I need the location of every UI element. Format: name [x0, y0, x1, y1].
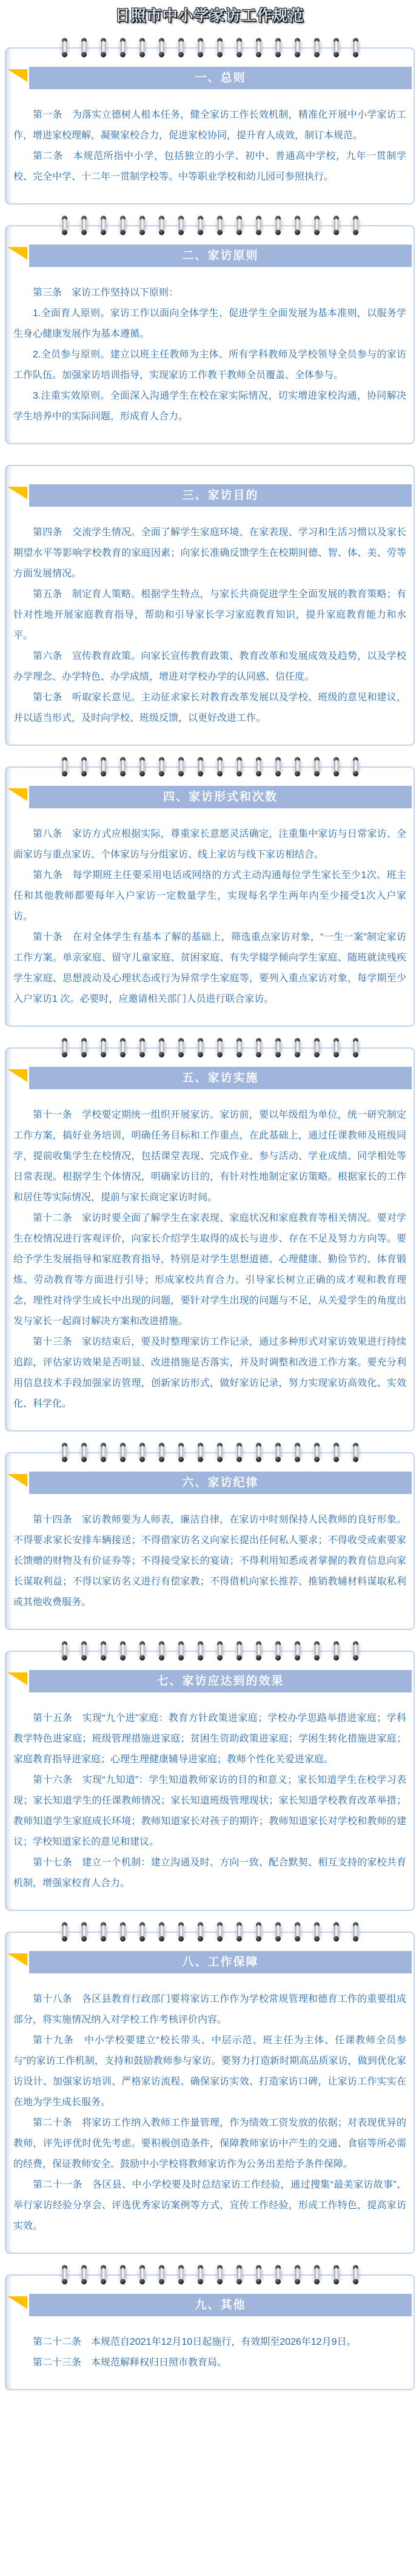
- binder-ring-icon: [236, 1039, 242, 1057]
- binder-ring-icon: [139, 217, 145, 235]
- binder-ring-icon: [120, 1642, 126, 1660]
- section-title: 九、其他: [29, 2294, 412, 2316]
- paragraph: 第十六条 实现“九知道”：学生知道教师家访的目的和意义；家长知道学生在校学习表现…: [13, 1770, 406, 1853]
- binder-ring-icon: [256, 1039, 261, 1057]
- binder-ring-icon: [62, 2266, 67, 2284]
- binder-ring-icon: [334, 217, 339, 235]
- binder-ring-icon: [101, 39, 106, 57]
- corner-triangle-icon: [7, 247, 27, 260]
- section-card-4: 四、家访形式和次数 第八条 家访方式应根据实际，尊重家长意愿灵活确定，注重集中家…: [5, 766, 415, 1027]
- binder-ring-icon: [353, 758, 358, 776]
- corner-triangle-icon: [7, 1474, 27, 1487]
- spiral-binding: [6, 1642, 414, 1660]
- binder-ring-icon: [353, 2266, 358, 2284]
- section-body: 第十四条 家访教师要为人师表，廉洁自律，在家访中时刻保持人民教师的良好形象。不得…: [6, 1494, 414, 1613]
- binder-ring-icon: [81, 1923, 87, 1941]
- paragraph: 第一条 为落实立德树人根本任务，健全家访工作长效机制，精准化开展中小学家访工作，…: [13, 105, 406, 146]
- section-title: 八、工作保障: [29, 1951, 412, 1973]
- binder-ring-icon: [139, 1642, 145, 1660]
- binder-ring-icon: [178, 1039, 184, 1057]
- binder-ring-icon: [236, 39, 242, 57]
- section-header: 六、家访纪律: [7, 1472, 412, 1494]
- binder-ring-icon: [295, 1923, 300, 1941]
- section-header: 八、工作保障: [7, 1951, 412, 1973]
- spiral-binding: [6, 1923, 414, 1941]
- spiral-binding: [6, 1444, 414, 1462]
- binder-ring-icon: [62, 39, 67, 57]
- binder-ring-icon: [159, 39, 164, 57]
- binder-ring-icon: [353, 1642, 358, 1660]
- binder-ring-icon: [81, 758, 87, 776]
- section-body: 第十一条 学校要定期统一组织开展家访。家访前，要以年级组为单位，统一研究制定工作…: [6, 1089, 414, 1415]
- binder-ring-icon: [334, 1444, 339, 1462]
- section-card-9: 九、其他 第二十二条 本规范自2021年12月10日起施行，有效期至2026年1…: [5, 2274, 415, 2390]
- section-body: 第三条 家访工作坚持以下原则：1.全面育人原则。家访工作以面向全体学生、促进学生…: [6, 267, 414, 427]
- document-title: 日照市中小学家访工作规范: [0, 4, 419, 25]
- binder-ring-icon: [178, 39, 184, 57]
- corner-triangle-icon: [7, 1953, 27, 1966]
- section-card-8: 八、工作保障 第十八条 各区县教育行政部门要将家访工作作为学校常规管理和德育工作…: [5, 1932, 415, 2254]
- binder-ring-icon: [159, 2266, 164, 2284]
- binder-ring-icon: [275, 1923, 281, 1941]
- section-card-2: 二、家访原则 第三条 家访工作坚持以下原则：1.全面育人原则。家访工作以面向全体…: [5, 225, 415, 444]
- paragraph: 第八条 家访方式应根据实际，尊重家长意愿灵活确定，注重集中家访与日常家访、全面家…: [13, 824, 406, 865]
- binder-ring-icon: [314, 1642, 320, 1660]
- binder-ring-icon: [139, 758, 145, 776]
- paragraph: 第十四条 家访教师要为人师表，廉洁自律，在家访中时刻保持人民教师的良好形象。不得…: [13, 1510, 406, 1613]
- binder-ring-icon: [217, 1923, 223, 1941]
- binder-ring-icon: [198, 39, 203, 57]
- binder-ring-icon: [256, 217, 261, 235]
- paragraph: 第十二条 家访时要全面了解学生在家表现、家庭状况和家庭教育等相关情况。要对学生在…: [13, 1208, 406, 1332]
- binder-ring-icon: [217, 1039, 223, 1057]
- binder-ring-icon: [334, 758, 339, 776]
- binder-ring-icon: [159, 1444, 164, 1462]
- binder-ring-icon: [159, 1923, 164, 1941]
- paragraph: 第十五条 实现“九个进”家庭：教育方针政策进家庭；学校办学思路举措进家庭；学科教…: [13, 1708, 406, 1770]
- binder-ring-icon: [314, 1444, 320, 1462]
- binder-ring-icon: [159, 758, 164, 776]
- section-body: 第八条 家访方式应根据实际，尊重家长意愿灵活确定，注重集中家访与日常家访、全面家…: [6, 808, 414, 1010]
- binder-ring-icon: [159, 1039, 164, 1057]
- binder-ring-icon: [314, 2266, 320, 2284]
- binder-ring-icon: [217, 1444, 223, 1462]
- binder-ring-icon: [101, 1923, 106, 1941]
- binder-ring-icon: [236, 758, 242, 776]
- binder-ring-icon: [159, 1642, 164, 1660]
- binder-ring-icon: [236, 217, 242, 235]
- binder-ring-icon: [101, 1642, 106, 1660]
- paragraph: 第十一条 学校要定期统一组织开展家访。家访前，要以年级组为单位，统一研究制定工作…: [13, 1105, 406, 1208]
- corner-triangle-icon: [7, 1672, 27, 1685]
- section-card-1: 一、总则 第一条 为落实立德树人根本任务，健全家访工作长效机制，精准化开展中小学…: [5, 47, 415, 205]
- binder-ring-icon: [198, 1642, 203, 1660]
- paragraph: 2.全员参与原则。建立以班主任教师为主体、所有学科教师及学校领导全员参与的家访工…: [13, 345, 406, 386]
- paragraph: 第十九条 中小学校要建立“校长带头、中层示范、班主任为主体、任课教师全员参与”的…: [13, 2030, 406, 2113]
- binder-ring-icon: [101, 1039, 106, 1057]
- binder-ring-icon: [178, 1923, 184, 1941]
- binder-ring-icon: [353, 39, 358, 57]
- binder-ring-icon: [62, 1642, 67, 1660]
- binder-ring-icon: [295, 1444, 300, 1462]
- binder-ring-icon: [139, 1923, 145, 1941]
- section-body: 第一条 为落实立德树人根本任务，健全家访工作长效机制，精准化开展中小学家访工作，…: [6, 89, 414, 188]
- binder-ring-icon: [217, 39, 223, 57]
- spiral-binding: [6, 758, 414, 776]
- binder-ring-icon: [198, 1923, 203, 1941]
- binder-ring-icon: [275, 1444, 281, 1462]
- binder-ring-icon: [353, 1444, 358, 1462]
- binder-ring-icon: [256, 758, 261, 776]
- spiral-binding: [6, 2266, 414, 2284]
- section-header: 五、家访实施: [7, 1067, 412, 1089]
- sections-container: 一、总则 第一条 为落实立德树人根本任务，健全家访工作长效机制，精准化开展中小学…: [0, 47, 419, 2395]
- paragraph: 第四条 交流学生情况。全面了解学生家庭环境、在家表现、学习和生活习惯以及家长期望…: [13, 522, 406, 584]
- paragraph: 1.全面育人原则。家访工作以面向全体学生、促进学生全面发展为基本准则，以服务学生…: [13, 303, 406, 345]
- binder-ring-icon: [256, 1923, 261, 1941]
- paragraph: 第十八条 各区县教育行政部门要将家访工作作为学校常规管理和德育工作的重要组成部分…: [13, 1989, 406, 2030]
- paragraph: 第十条 在对全体学生有基本了解的基础上，筛选重点家访对象，“一生一案”制定家访工…: [13, 927, 406, 1010]
- binder-ring-icon: [139, 1039, 145, 1057]
- binder-ring-icon: [101, 217, 106, 235]
- binder-ring-icon: [236, 1923, 242, 1941]
- binder-ring-icon: [217, 2266, 223, 2284]
- binder-ring-icon: [178, 2266, 184, 2284]
- binder-ring-icon: [256, 2266, 261, 2284]
- binder-ring-icon: [334, 39, 339, 57]
- section-card-7: 七、家访应达到的效果 第十五条 实现“九个进”家庭：教育方针政策进家庭；学校办学…: [5, 1651, 415, 1911]
- paragraph: 第九条 每学期班主任要采用电话或网络的方式主动沟通每位学生家长至少1次。班主任和…: [13, 865, 406, 927]
- binder-ring-icon: [62, 1923, 67, 1941]
- binder-ring-icon: [217, 758, 223, 776]
- binder-ring-icon: [236, 1642, 242, 1660]
- binder-ring-icon: [275, 1039, 281, 1057]
- paragraph: 第六条 宣传教育政策。向家长宣传教育政策、教育改革和发展成效及趋势，以及学校办学…: [13, 646, 406, 688]
- binder-ring-icon: [101, 758, 106, 776]
- binder-ring-icon: [295, 1039, 300, 1057]
- corner-triangle-icon: [7, 69, 27, 82]
- paragraph: 第三条 家访工作坚持以下原则：: [13, 283, 406, 303]
- section-body: 第四条 交流学生情况。全面了解学生家庭环境、在家表现、学习和生活习惯以及家长期望…: [6, 507, 414, 729]
- section-title: 四、家访形式和次数: [29, 786, 412, 808]
- binder-ring-icon: [275, 1642, 281, 1660]
- binder-ring-icon: [217, 1642, 223, 1660]
- binder-ring-icon: [256, 39, 261, 57]
- binder-ring-icon: [120, 1444, 126, 1462]
- binder-ring-icon: [81, 1444, 87, 1462]
- binder-ring-icon: [256, 1642, 261, 1660]
- binder-ring-icon: [198, 1039, 203, 1057]
- section-title: 五、家访实施: [29, 1067, 412, 1089]
- section-card-6: 六、家访纪律 第十四条 家访教师要为人师表，廉洁自律，在家访中时刻保持人民教师的…: [5, 1452, 415, 1630]
- binder-ring-icon: [139, 1444, 145, 1462]
- binder-ring-icon: [295, 758, 300, 776]
- binder-ring-icon: [62, 758, 67, 776]
- binder-ring-icon: [334, 2266, 339, 2284]
- paragraph: 第二十条 将家访工作纳入教师工作量管理，作为绩效工资发放的依据；对表现优异的教师…: [13, 2113, 406, 2175]
- section-title: 三、家访目的: [29, 484, 412, 507]
- corner-triangle-icon: [7, 788, 27, 801]
- paragraph: 第二十二条 本规范自2021年12月10日起施行，有效期至2026年12月9日。: [13, 2332, 406, 2353]
- binder-ring-icon: [178, 1444, 184, 1462]
- section-title: 二、家访原则: [29, 245, 412, 267]
- binder-ring-icon: [139, 2266, 145, 2284]
- section-header: 一、总则: [7, 67, 412, 89]
- binder-ring-icon: [101, 2266, 106, 2284]
- binder-ring-icon: [178, 758, 184, 776]
- spiral-binding: [6, 217, 414, 235]
- binder-ring-icon: [275, 39, 281, 57]
- binder-ring-icon: [178, 217, 184, 235]
- binder-ring-icon: [81, 2266, 87, 2284]
- binder-ring-icon: [120, 1039, 126, 1057]
- binder-ring-icon: [62, 217, 67, 235]
- binder-ring-icon: [295, 217, 300, 235]
- binder-ring-icon: [295, 2266, 300, 2284]
- paragraph: 第二十三条 本规范解释权归日照市教育局。: [13, 2353, 406, 2373]
- binder-ring-icon: [314, 758, 320, 776]
- binder-ring-icon: [334, 1039, 339, 1057]
- binder-ring-icon: [217, 217, 223, 235]
- section-title: 七、家访应达到的效果: [29, 1670, 412, 1692]
- paragraph: 第五条 制定育人策略。根据学生特点，与家长共商促进学生全面发展的教育策略；有针对…: [13, 584, 406, 646]
- binder-ring-icon: [81, 1039, 87, 1057]
- section-body: 第二十二条 本规范自2021年12月10日起施行，有效期至2026年12月9日。…: [6, 2316, 414, 2373]
- binder-ring-icon: [275, 2266, 281, 2284]
- section-header: 四、家访形式和次数: [7, 786, 412, 808]
- corner-triangle-icon: [7, 1069, 27, 1082]
- paragraph: 第七条 听取家长意见。主动征求家长对教育改革发展以及学校、班级的意见和建议，并以…: [13, 688, 406, 729]
- section-body: 第十八条 各区县教育行政部门要将家访工作作为学校常规管理和德育工作的重要组成部分…: [6, 1973, 414, 2237]
- binder-ring-icon: [81, 39, 87, 57]
- binder-ring-icon: [236, 2266, 242, 2284]
- binder-ring-icon: [101, 1444, 106, 1462]
- paragraph: 第十七条 建立一个机制：建立沟通及时、方向一致、配合默契、相互支持的家校共育机制…: [13, 1853, 406, 1894]
- spiral-binding: [6, 39, 414, 57]
- binder-ring-icon: [353, 1039, 358, 1057]
- binder-ring-icon: [120, 1923, 126, 1941]
- binder-ring-icon: [120, 758, 126, 776]
- binder-ring-icon: [295, 39, 300, 57]
- binder-ring-icon: [198, 1444, 203, 1462]
- section-card-3: 三、家访目的 第四条 交流学生情况。全面了解学生家庭环境、在家表现、学习和生活习…: [5, 465, 415, 746]
- binder-ring-icon: [314, 217, 320, 235]
- section-header: 三、家访目的: [7, 484, 412, 507]
- paragraph: 3.注重实效原则。全面深入沟通学生在校在家实际情况，切实增进家校沟通，协同解决学…: [13, 386, 406, 427]
- binder-ring-icon: [334, 1923, 339, 1941]
- binder-ring-icon: [314, 1923, 320, 1941]
- binder-ring-icon: [353, 1923, 358, 1941]
- paragraph: 第二十一条 各区县、中小学校要及时总结家访工作经验，通过搜集“最美家访故事”、举…: [13, 2175, 406, 2237]
- binder-ring-icon: [178, 1642, 184, 1660]
- section-title: 六、家访纪律: [29, 1472, 412, 1494]
- binder-ring-icon: [81, 217, 87, 235]
- paragraph: 第二条 本规范所指中小学，包括独立的小学、初中、普通高中学校，九年一贯制学校、完…: [13, 146, 406, 188]
- spiral-binding: [6, 1039, 414, 1057]
- binder-ring-icon: [139, 39, 145, 57]
- binder-ring-icon: [120, 39, 126, 57]
- binder-ring-icon: [81, 1642, 87, 1660]
- binder-ring-icon: [353, 217, 358, 235]
- binder-ring-icon: [236, 1444, 242, 1462]
- binder-ring-icon: [198, 217, 203, 235]
- section-header: 九、其他: [7, 2294, 412, 2316]
- binder-ring-icon: [256, 1444, 261, 1462]
- binder-ring-icon: [295, 1642, 300, 1660]
- section-header: 七、家访应达到的效果: [7, 1670, 412, 1692]
- corner-triangle-icon: [7, 2296, 27, 2309]
- section-body: 第十五条 实现“九个进”家庭：教育方针政策进家庭；学校办学思路举措进家庭；学科教…: [6, 1692, 414, 1894]
- binder-ring-icon: [334, 1642, 339, 1660]
- section-card-5: 五、家访实施 第十一条 学校要定期统一组织开展家访。家访前，要以年级组为单位，统…: [5, 1047, 415, 1432]
- binder-ring-icon: [120, 2266, 126, 2284]
- binder-ring-icon: [275, 758, 281, 776]
- section-title: 一、总则: [29, 67, 412, 89]
- binder-ring-icon: [198, 2266, 203, 2284]
- binder-ring-icon: [314, 39, 320, 57]
- binder-ring-icon: [159, 217, 164, 235]
- binder-ring-icon: [62, 1444, 67, 1462]
- binder-ring-icon: [62, 1039, 67, 1057]
- binder-ring-icon: [120, 217, 126, 235]
- section-header: 二、家访原则: [7, 245, 412, 267]
- corner-triangle-icon: [7, 487, 27, 499]
- binder-ring-icon: [314, 1039, 320, 1057]
- paragraph: 第十三条 家访结束后，要及时整理家访工作记录，通过多种形式对家访效果进行持续追踪…: [13, 1332, 406, 1415]
- binder-ring-icon: [198, 758, 203, 776]
- binder-ring-icon: [275, 217, 281, 235]
